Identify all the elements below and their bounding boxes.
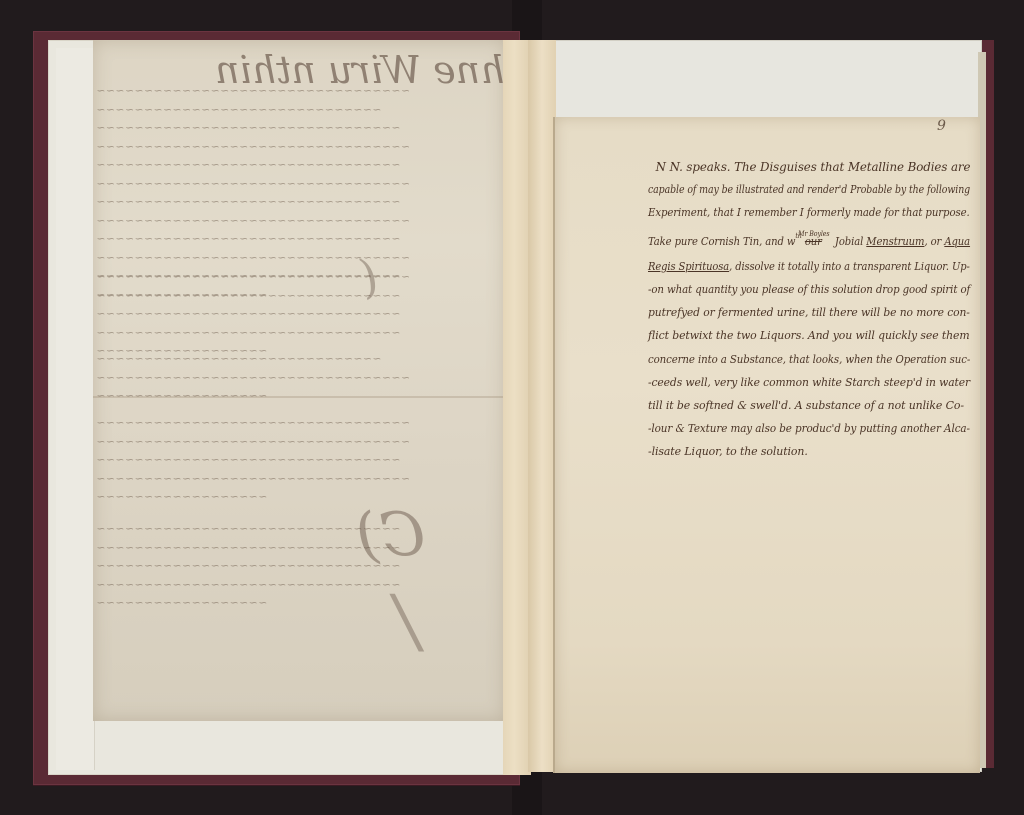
- manuscript-line: -lour & Texture may also be produc'd by …: [648, 417, 954, 440]
- underlined-term: Aqua: [944, 235, 970, 248]
- manuscript-line: concerne into a Substance, that looks, w…: [648, 348, 948, 371]
- mirrored-flourish-mark: (: [360, 250, 378, 304]
- underlined-term: Menstruum: [866, 235, 924, 248]
- manuscript-line: putrefyed or fermented urine, till there…: [648, 301, 964, 324]
- manuscript-line: -on what quantity you please of this sol…: [648, 278, 948, 301]
- bleed-through-block-3: ~~~~~~~~~~~~~~~~~~~~~~~~~~~~~~ ~~~~~~~~~…: [96, 350, 416, 406]
- manuscript-line: till it be softned & swell'd. A substanc…: [648, 394, 970, 417]
- manuscript-line: N N. speaks. The Disguises that Metallin…: [648, 155, 963, 178]
- manuscript-line: Take pure Cornish Tin, and wth our Mr Bo…: [648, 225, 943, 255]
- manuscript-line: -ceeds well, very like common white Star…: [648, 371, 964, 394]
- right-guard-strip: [528, 40, 556, 772]
- interlinear-insertion: Mr Boyles: [798, 230, 829, 238]
- mirrored-flourish-mark: C): [356, 500, 425, 570]
- text-run: , dissolve it totally into a transparent…: [729, 260, 970, 273]
- manuscript-line: capable of may be illustrated and render…: [648, 178, 925, 201]
- manuscript-line: -lisate Liquor, to the solution.: [648, 440, 970, 463]
- bleed-through-block-4: ~~~~~~~~~~~~~~~~~~~~~~~~~~~~~~~~~ ~~~~~~…: [96, 414, 416, 507]
- manuscript-line: Experiment, that I remember I formerly m…: [648, 201, 947, 224]
- text-run: , or: [924, 235, 941, 248]
- left-paper-stub: [56, 48, 95, 770]
- manuscript-line: flict betwixt the two Liquors. And you w…: [648, 324, 968, 347]
- mirrored-flourish-mark: /: [395, 580, 419, 662]
- manuscript-text: N N. speaks. The Disguises that Metallin…: [648, 155, 978, 464]
- text-run: Jobial: [835, 235, 863, 248]
- folio-number: 9: [937, 118, 946, 134]
- text-run: Take pure Cornish Tin, and w: [648, 235, 795, 248]
- underlined-term: Regis Spirituosa: [648, 260, 729, 273]
- manuscript-line: Regis Spirituosa, dissolve it totally in…: [648, 255, 940, 278]
- left-guard-strip: [503, 40, 531, 775]
